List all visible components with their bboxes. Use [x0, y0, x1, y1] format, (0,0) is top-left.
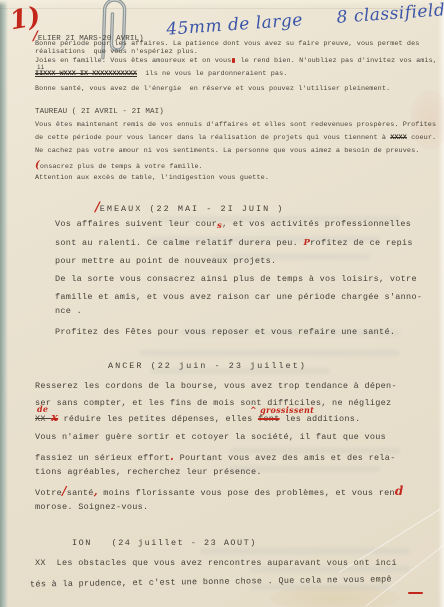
note-width-text: 45mm de large	[166, 10, 304, 39]
body-line: Resserez les cordons de la bourse, vous …	[35, 381, 397, 391]
line-text: le rend bien. N'oubliez pas d'invitez vo…	[236, 57, 437, 65]
body-line: de cette période pour vous lancer dans l…	[35, 134, 436, 142]
red-ink-blot	[232, 58, 235, 63]
body-line: Ne cachez pas votre amour ni vos sentime…	[35, 147, 419, 155]
paper-stain	[270, 585, 400, 607]
line-text: Joies en famille. Vous êtes amoureux et …	[35, 57, 231, 65]
body-line: Votre/santé, moins florissante vous pose…	[35, 484, 404, 498]
body-line: Profitez des Fêtes pour vous reposer et …	[55, 327, 395, 337]
body-line: nce .	[55, 306, 82, 316]
body-line: IIXXX WXXX IX XXXXXXXXXXX ils ne vous le…	[35, 70, 287, 78]
section-heading-cancer: ANCER (22 juin - 23 juillet)	[108, 361, 307, 371]
line-text: fassiez un sérieux effort	[35, 453, 170, 463]
body-line: pour mettre au point de nouveaux projets…	[55, 256, 276, 266]
typed-strikeout: XXXX	[390, 134, 407, 142]
paper-left-edge	[0, 0, 8, 607]
line-text: Votre	[35, 488, 62, 498]
red-strikeout: font	[258, 414, 280, 424]
body-line: tions agréables, recherchez leur présenc…	[35, 467, 262, 477]
red-strikeout: X	[51, 414, 58, 424]
line-text: coeur.	[407, 134, 436, 142]
line-text: ils ne vous le pardonneraient pas.	[137, 70, 287, 78]
body-line: réalisations que vous n'espériez plus.	[35, 48, 198, 56]
line-text: Pourtant vous avez des amis et des rela-	[174, 453, 395, 463]
note-gap	[303, 23, 337, 25]
body-line: Joies en famille. Vous êtes amoureux et …	[35, 57, 437, 65]
typed-strikeout: IIXXX WXXX IX XXXXXXXXXXX	[35, 70, 137, 78]
bleedthrough-text	[200, 548, 410, 554]
line-text: les additions.	[280, 414, 361, 424]
scanned-document-page: 1) 45mm de large8 classifield /ELIER 2I …	[0, 0, 444, 607]
body-line: De la sorte vous consacrez ainsi plus de…	[55, 274, 417, 284]
body-line: Vos affaires suivent leur cours, et vos …	[55, 219, 411, 231]
line-text: moins florissante vous pose des problème…	[98, 488, 395, 498]
line-text: réduire les petites dépenses, elles	[58, 414, 258, 424]
handwritten-note: 45mm de large8 classifield	[166, 0, 444, 39]
line-text: sont au ralenti. Ce calme relatif durera…	[55, 238, 303, 248]
body-line: Vous êtes maintenant remis de vos ennuis…	[35, 121, 436, 129]
bleedthrough-text	[140, 350, 400, 356]
typed-strikeout: XX	[35, 414, 51, 424]
body-line: XX Xde réduire les petites dépenses, ell…	[35, 414, 361, 424]
line-text: santé	[67, 488, 94, 498]
paper-right-edge	[438, 0, 444, 607]
body-line: fassiez un sérieux effort. Pourtant vous…	[35, 450, 396, 463]
line-text: rofitez de ce repis	[310, 238, 413, 248]
line-text: Vos affaires suivent leur cour	[55, 219, 217, 229]
body-line: morose. Soignez-vous.	[35, 502, 148, 512]
red-underline-mark	[408, 592, 423, 594]
body-line: Vous n'aimer guère sortir et cotoyer la …	[35, 432, 386, 442]
line-text: onsacrez plus de temps à votre famille.	[40, 163, 203, 171]
heading-text: EMEAUX (22 MAI - 2I JUIN )	[100, 204, 285, 214]
corrected-segment: font^ grossissent	[258, 414, 280, 424]
red-correction-word: ^ grossissent	[250, 405, 314, 415]
section-heading-taureau: TAUREAU ( 2I AVRIL - 2I MAI)	[35, 108, 164, 116]
body-line: Bonne santé, vous avez de l'énergie en r…	[35, 85, 390, 93]
body-line: Attention aux excès de table, l'indigest…	[35, 174, 269, 182]
body-line: (onsacrez plus de temps à votre famille.	[35, 160, 203, 171]
body-line: famille et amis, et vous avez raison car…	[55, 292, 422, 302]
section-heading-gemeaux: /EMEAUX (22 MAI - 2I JUIN )	[95, 200, 284, 215]
correction-text: grossissent	[260, 405, 314, 415]
body-line: XX Les obstacles que vous avez rencontre…	[35, 558, 397, 568]
caret-mark: ^	[250, 405, 257, 415]
section-heading-lion: ION (24 juillet - 23 AOUT)	[72, 538, 257, 548]
red-correction-word: de	[37, 404, 48, 414]
body-line: sont au ralenti. Ce calme relatif durera…	[55, 238, 413, 248]
line-text: , et vos activités professionnelles	[222, 219, 411, 229]
line-text: de cette période pour vous lancer dans l…	[35, 134, 390, 142]
body-line: Bonne période pour les affaires. La pati…	[35, 40, 419, 48]
body-line: ser sans compter, et les fins de mois so…	[35, 398, 391, 408]
red-correction-letter: d	[395, 484, 404, 498]
corrected-segment: XX Xde	[35, 414, 58, 424]
